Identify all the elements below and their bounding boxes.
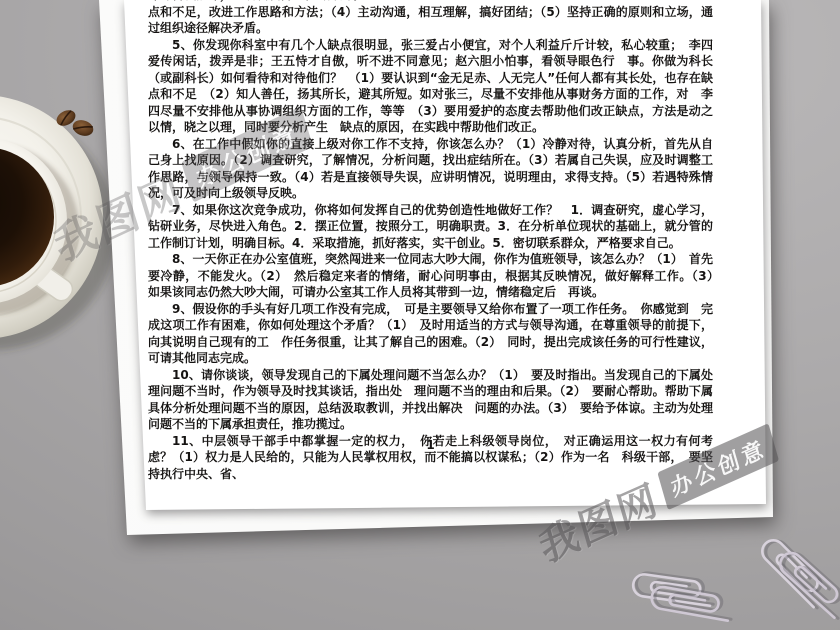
document-body-text: 评与自我批评，正确认识自己和对方的优 点和不足，改进工作思路和方法；（4）主动沟… [148,0,713,482]
page-number: 1 [148,438,713,452]
document-paragraph: 7、如果你这次竞争成功，你将如何发挥自己的优势创造性地做好工作？ 1．调查研究，… [148,202,713,252]
document-paragraph: 10、请你谈谈，领导发现自己的下属处理问题不当怎么办？（1） 要及时指出。当发现… [148,367,713,433]
paperclip-icon [758,534,840,619]
document-paragraph: 点和不足，改进工作思路和方法；（4）主动沟通，相互理解，搞好团结；（5）坚持正确… [148,4,713,37]
paperclip-icon [632,571,735,621]
document-paragraph: 6、在工作中假如你的直接上级对你工作不支持，你该怎么办？（1）冷静对待，认真分析… [148,136,713,202]
document-paragraph: 9、假设你的手头有好几项工作没有完成， 可是主要领导又给你布置了一项工作任务。 … [148,301,713,367]
document-paragraph: 8、一天你正在办公室值班，突然闯进来一位同志大吵大闹，你作为值班领导，该怎么办？… [148,251,713,301]
document-paragraph: 5、你发现你科室中有几个人缺点很明显，张三爱占小便宜，对个人利益斤斤计较，私心较… [148,37,713,136]
document-preview-scene: 评与自我批评，正确认识自己和对方的优 点和不足，改进工作思路和方法；（4）主动沟… [0,0,840,630]
paperclips [600,530,840,630]
